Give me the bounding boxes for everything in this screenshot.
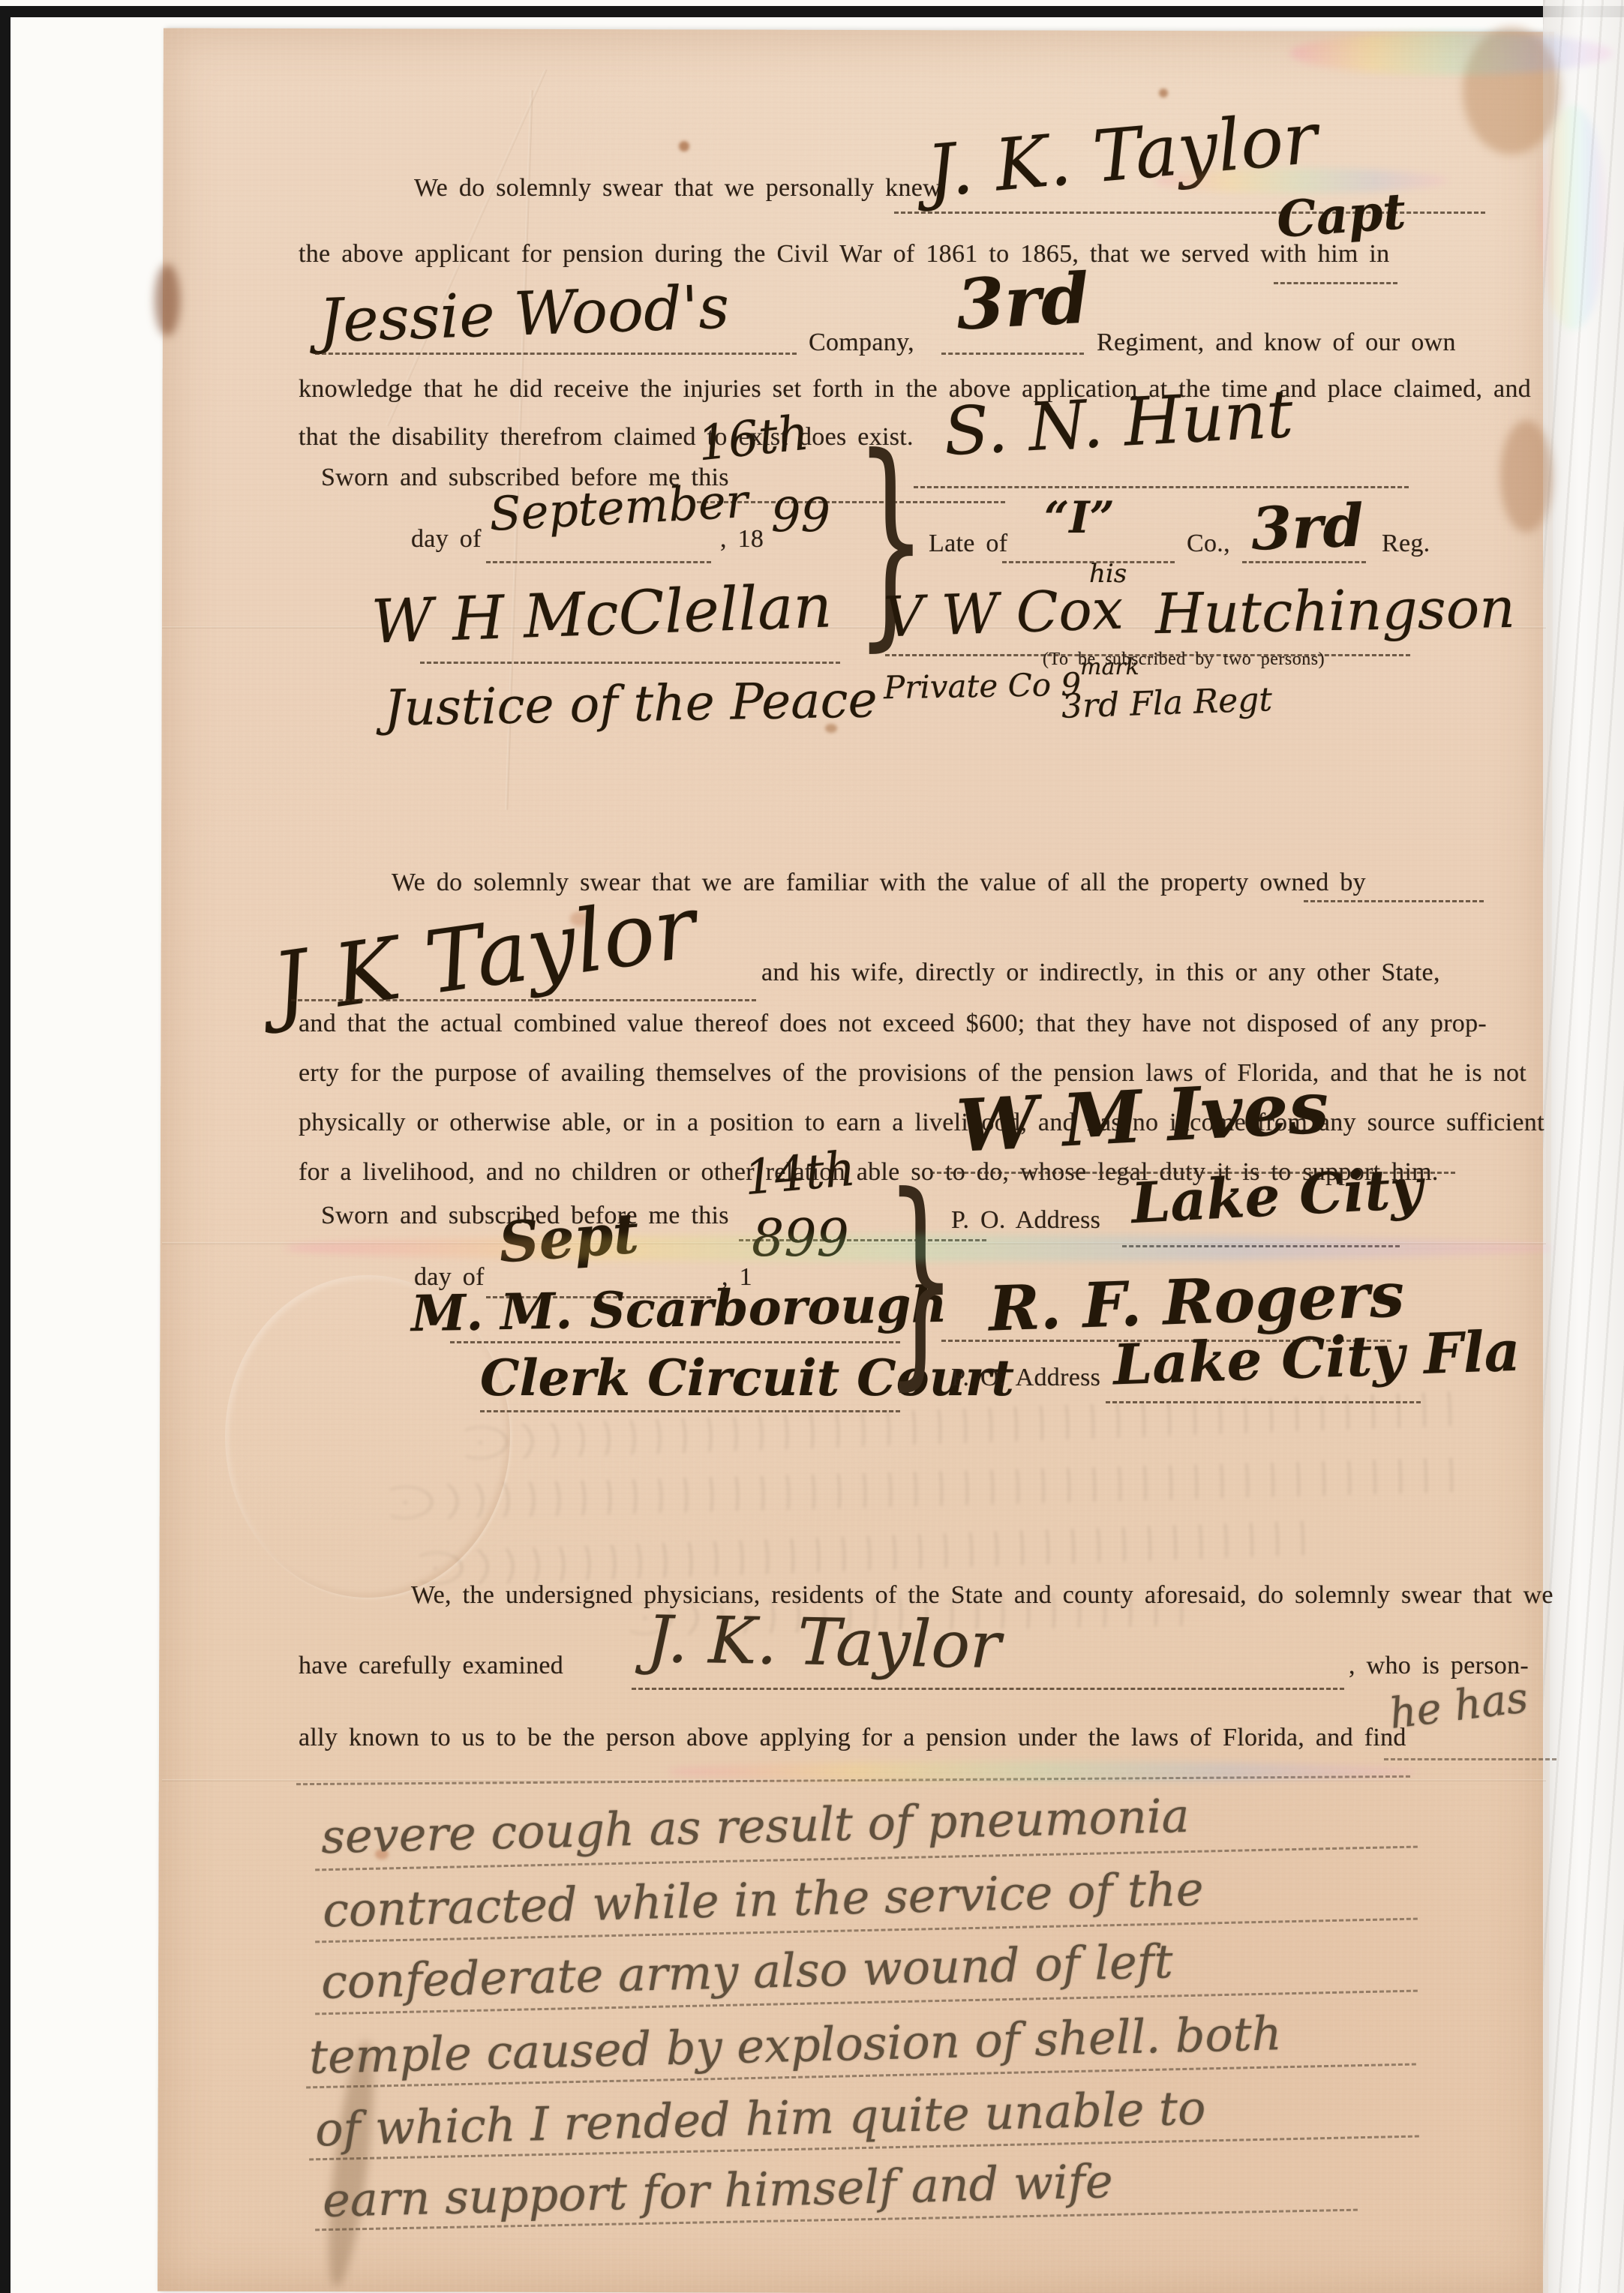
affidavit1-line3-suffix: Regiment, and know of our own <box>1097 329 1456 357</box>
plastic-shine <box>1155 168 1448 194</box>
company-label: Company, <box>809 329 914 357</box>
affidavit3-line3: ally known to us to be the person above … <box>299 1724 1406 1752</box>
reg-label: Reg. <box>1382 530 1430 558</box>
regiment-fill: 3rd <box>954 257 1091 345</box>
fill-line <box>632 1688 1344 1690</box>
examined-name: J. K. Taylor <box>646 1602 1001 1683</box>
jurat1-year-printed: , 18 <box>720 525 764 554</box>
late-of-label: Late of <box>929 530 1007 558</box>
fill-line <box>480 1410 900 1412</box>
scanned-document-page: We do solemnly swear that we personally … <box>0 0 1624 2293</box>
affidavit1-line5: that the disability therefrom claimed to… <box>299 423 914 452</box>
fill-line <box>1274 282 1397 284</box>
fill-line <box>1002 561 1175 563</box>
witness2-unit-1: Private Co 9 <box>884 666 1082 707</box>
jurat2-day: 14th <box>742 1142 857 1207</box>
fill-line <box>291 999 756 1001</box>
fill-line <box>1106 1401 1421 1403</box>
po-label-1: P. O. Address <box>951 1206 1100 1235</box>
affidavit1-line1: We do solemnly swear that we personally … <box>414 174 941 203</box>
witness2-signature-pre: V W Cox <box>883 577 1124 650</box>
fill-line <box>914 486 1409 488</box>
plastic-shine <box>1539 105 1607 330</box>
fill-line <box>941 353 1084 355</box>
witness2-unit-2: 3rd Fla Regt <box>1061 680 1273 726</box>
jurat1-year: 99 <box>771 488 830 542</box>
subscribe-note: (To be subscribed by two persons) <box>1043 650 1325 670</box>
company-fill: Jessie Wood's <box>318 272 731 356</box>
fill-line <box>1304 900 1484 902</box>
affidavit3-line1: We, the undersigned physicians, resident… <box>411 1581 1553 1610</box>
fill-line <box>486 561 711 563</box>
scan-border-top <box>8 6 1624 17</box>
fill-line <box>420 662 840 664</box>
affidavit2-line4: erty for the purpose of availing themsel… <box>299 1059 1526 1088</box>
unit-fill: “I” <box>1044 492 1115 543</box>
plastic-sleeve-edge <box>1543 0 1624 2293</box>
exam-prefix: have carefully examined <box>299 1652 563 1680</box>
affidavit1-line4: knowledge that he did receive the injuri… <box>299 375 1531 404</box>
plastic-shine <box>668 1761 1418 1782</box>
witness2-his: his <box>1089 559 1127 589</box>
officer-title: Justice of the Peace <box>383 671 878 737</box>
fill-line <box>1384 1758 1556 1760</box>
fill-line <box>315 353 797 355</box>
stain <box>155 264 180 336</box>
brace: } <box>885 1159 956 1399</box>
clerk-signature: M. M. Scarborough <box>410 1275 947 1343</box>
affidavit2-line2: and his wife, directly or indirectly, in… <box>761 959 1440 987</box>
reg-fill: 3rd <box>1250 491 1364 563</box>
jurat1-day: 16th <box>695 405 812 472</box>
scan-border-left <box>0 6 11 2293</box>
stain <box>1500 420 1553 533</box>
co-label: Co., <box>1187 530 1230 558</box>
affidavit2-line3: and that the actual combined value there… <box>299 1010 1487 1038</box>
affidavit2-line1: We do solemnly swear that we are familia… <box>392 869 1366 897</box>
witness2-signature-post: Hutchingson <box>1154 576 1515 647</box>
plastic-shine <box>285 1235 1553 1262</box>
stain <box>679 141 689 152</box>
stain <box>1159 89 1168 98</box>
affidavit1-line2: the above applicant for pension during t… <box>299 240 1389 269</box>
affidavit2-line5: physically or otherwise able, or in a po… <box>299 1109 1544 1137</box>
fill-line <box>450 1341 900 1343</box>
po-label-2: P. O. Address <box>951 1364 1100 1392</box>
plastic-shine <box>1290 32 1613 75</box>
jurat1-dayof: day of <box>411 525 482 554</box>
